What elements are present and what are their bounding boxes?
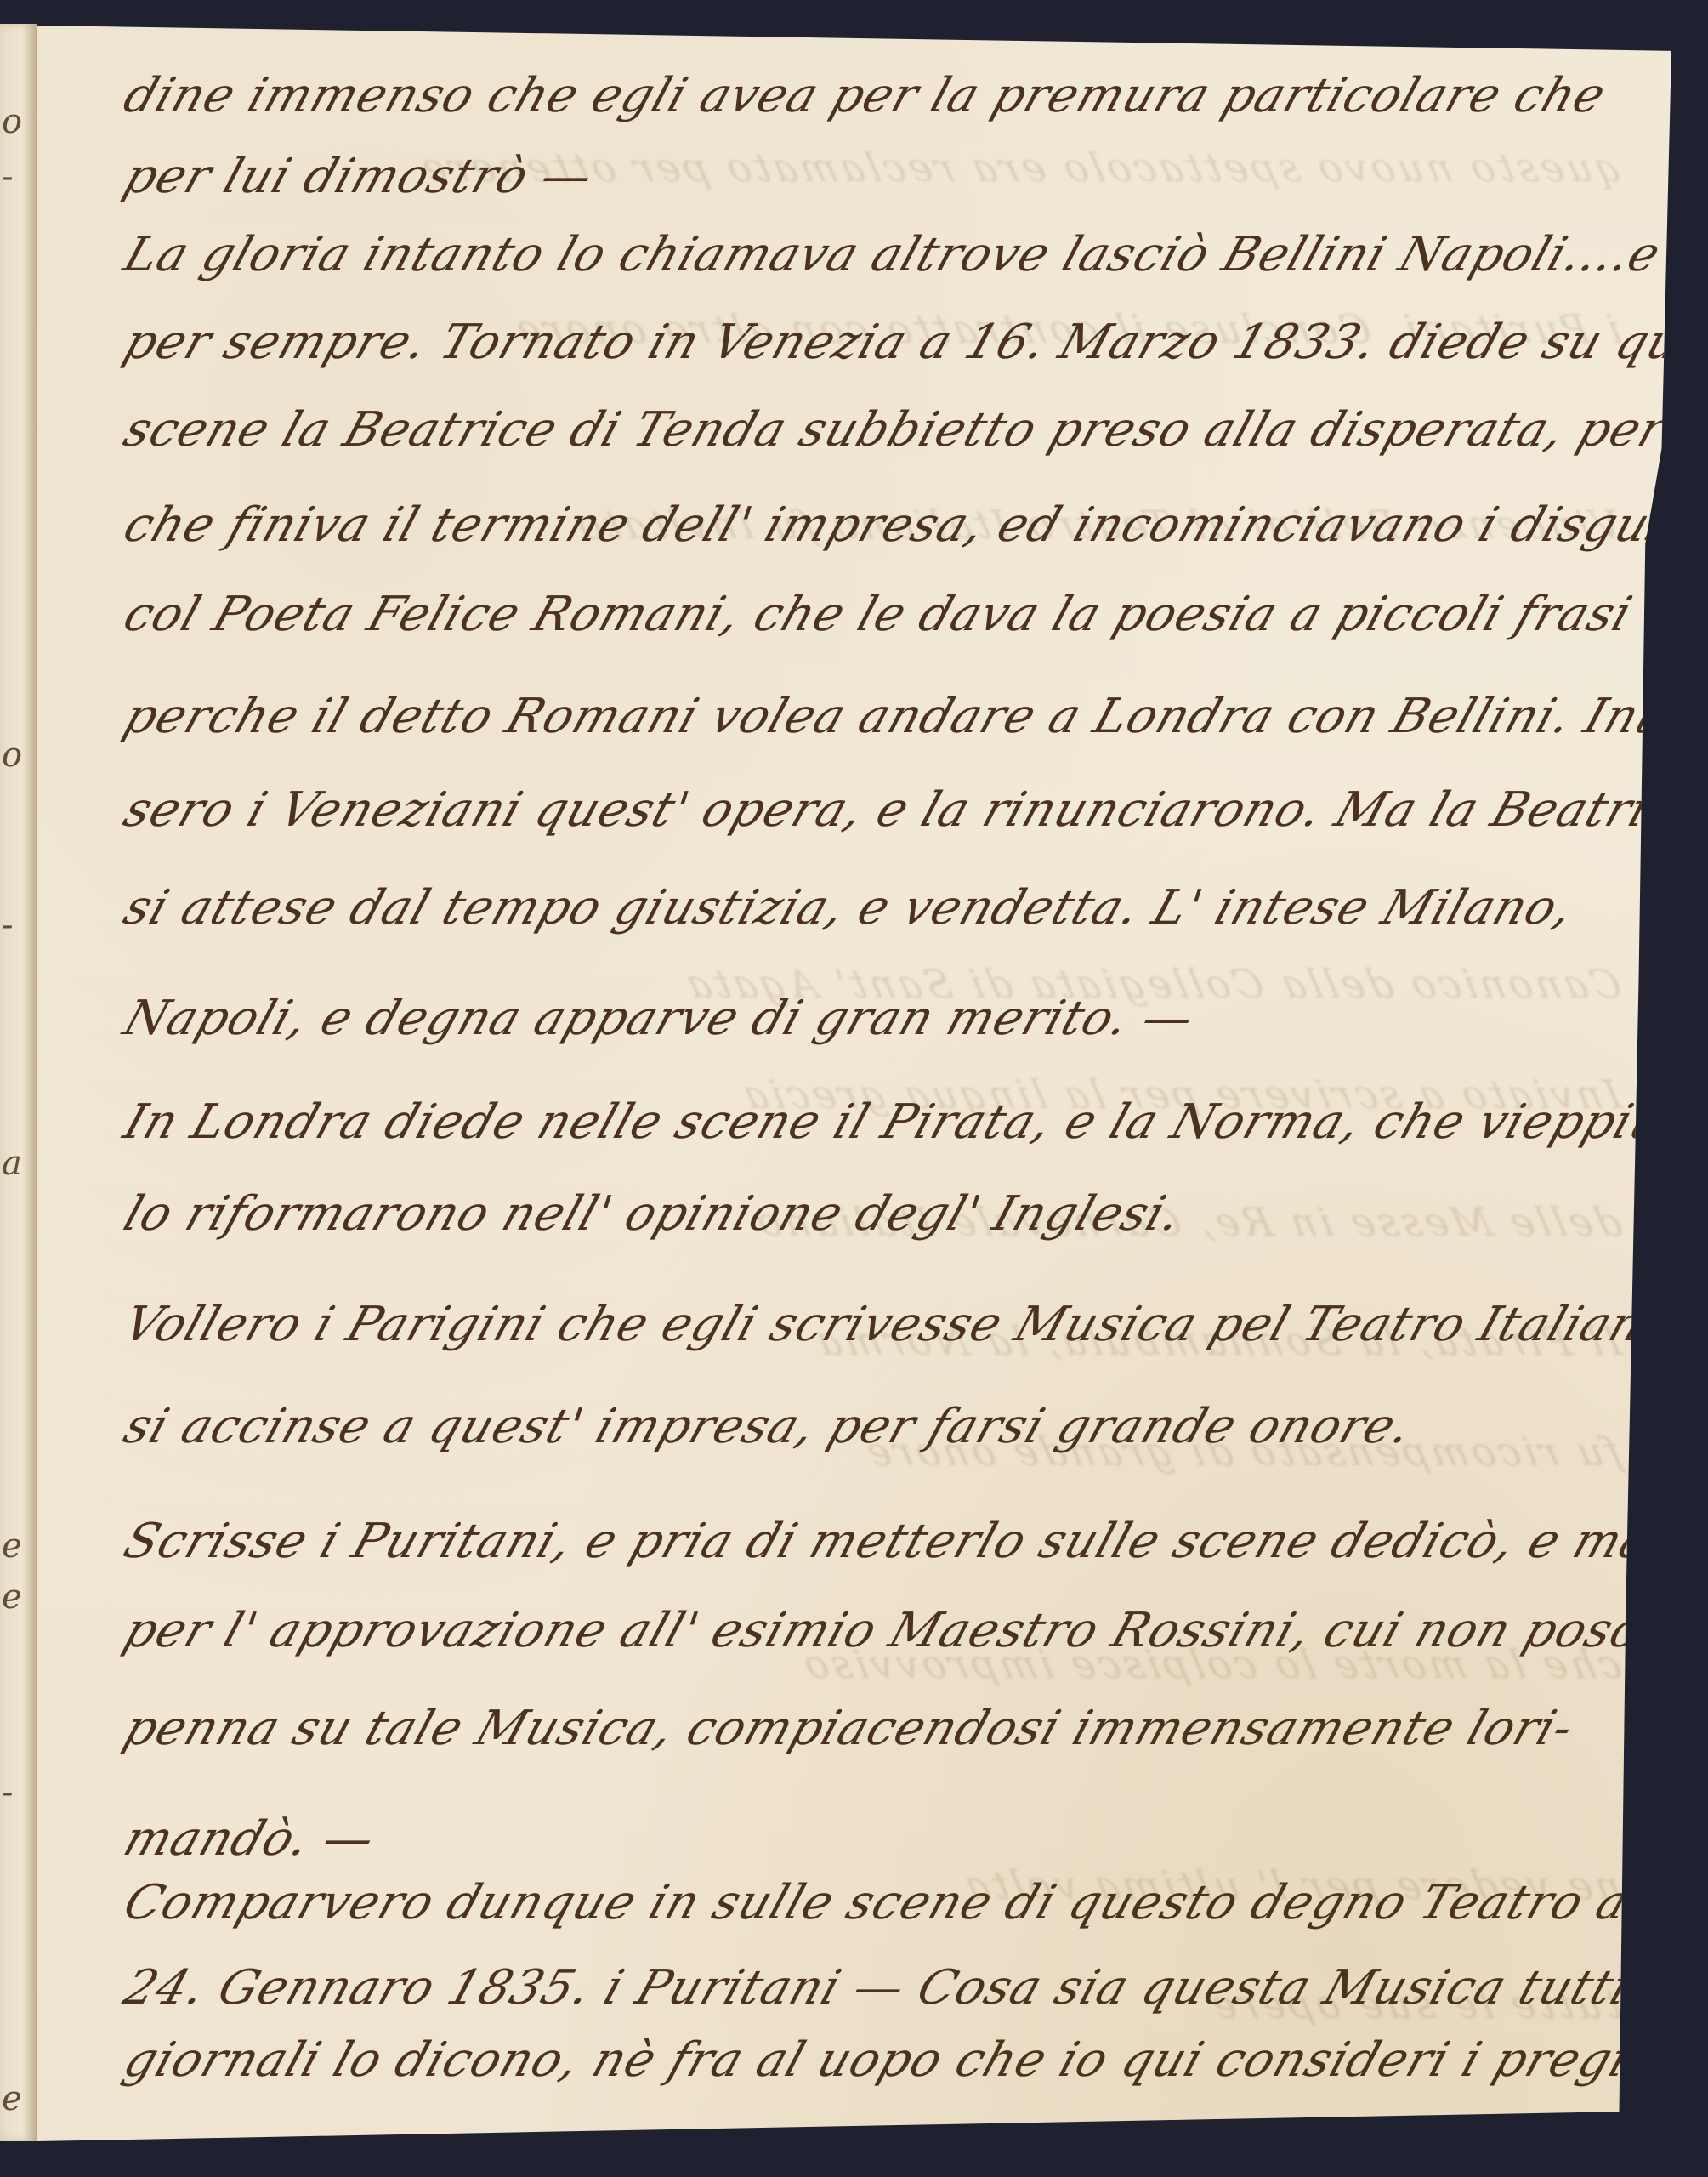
manuscript-line: per l' approvazione all' esimio Maestro … xyxy=(118,1607,1648,1655)
manuscript-line: che finiva il termine dell' impresa, ed … xyxy=(118,502,1708,549)
manuscript-line: lo riformarono nell' opinione degl' Ingl… xyxy=(118,1191,1188,1238)
facing-page-edge: o - o - a e e - e xyxy=(0,24,37,2141)
facing-page-fragment: - xyxy=(2,160,32,194)
facing-page-fragment: a xyxy=(2,1146,32,1180)
manuscript-line: Vollero i Parigini che egli scrivesse Mu… xyxy=(118,1301,1680,1349)
manuscript-line: 24. Gennaro 1835. i Puritani — Cosa sia … xyxy=(118,1964,1668,2012)
facing-page-fragment: e xyxy=(2,2082,32,2116)
manuscript-line: si attese dal tempo giustizia, e vendett… xyxy=(118,884,1580,932)
manuscript-line: mandò. — xyxy=(118,1816,381,1863)
manuscript-line: col Poeta Felice Romani, che le dava la … xyxy=(118,591,1637,639)
manuscript-line: dine immenso che egli avea per la premur… xyxy=(118,72,1611,120)
manuscript-line: Scrisse i Puritani, e pria di metterlo s… xyxy=(118,1518,1708,1566)
facing-page-fragment: e xyxy=(2,1580,32,1614)
manuscript-line: penna su tale Musica, compiacendosi imme… xyxy=(118,1705,1580,1753)
facing-page-fragment: - xyxy=(2,1776,32,1810)
manuscript-line: perche il detto Romani volea andare a Lo… xyxy=(118,693,1708,741)
catchword-mark: = xyxy=(1019,2116,1053,2157)
manuscript-line: si accinse a quest' impresa, per farsi g… xyxy=(118,1403,1418,1451)
facing-page-fragment: o xyxy=(2,738,32,772)
manuscript-line: Napoli, e degna apparve di gran merito. … xyxy=(118,995,1200,1043)
facing-page-fragment: - xyxy=(2,908,32,942)
manuscript-line: In Londra diede nelle scene il Pirata, e… xyxy=(118,1099,1671,1146)
manuscript-line: La gloria intanto lo chiamava altrove la… xyxy=(118,231,1666,279)
manuscript-line: per lui dimostrò — xyxy=(118,153,599,201)
manuscript-page: questo nuovo spettacolo era reclamato pe… xyxy=(37,26,1671,2141)
manuscript-line: giornali lo dicono, nè fra al uopo che i… xyxy=(118,2037,1635,2084)
manuscript-line: scene la Beatrice di Tenda subbietto pre… xyxy=(118,406,1708,454)
manuscript-line: sero i Veneziani quest' opera, e la rinu… xyxy=(118,787,1708,834)
manuscript-line: per sempre. Tornato in Venezia a 16. Mar… xyxy=(118,319,1708,367)
facing-page-fragment: o xyxy=(2,105,32,139)
facing-page-fragment: e xyxy=(2,1529,32,1563)
manuscript-line: Comparvero dunque in sulle scene di ques… xyxy=(118,1879,1635,1927)
